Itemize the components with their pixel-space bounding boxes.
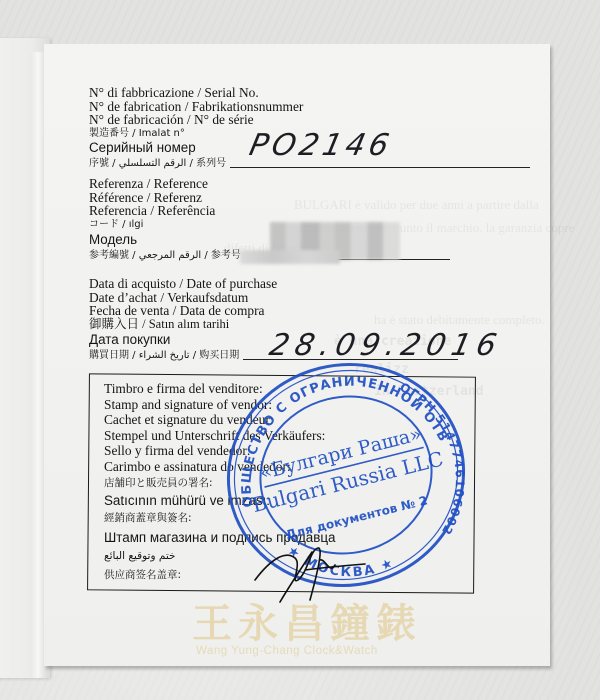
- serial-label: N° di fabbricazione / Serial No.: [89, 86, 530, 100]
- serial-number-value: PO2146: [246, 128, 396, 163]
- reference-label: Référence / Referenz: [89, 191, 450, 205]
- redacted-reference-value: [240, 250, 340, 264]
- vendor-label: 經銷商蓋章與簽名:: [104, 509, 336, 528]
- date-label: Date d’achat / Verkaufsdatum: [89, 291, 458, 305]
- watermark-english: Wang Yung-Chang Clock&Watch: [196, 645, 378, 657]
- reference-label: Referencia / Referência: [89, 204, 450, 218]
- serial-label: 序號 / الرقم التسلسلي / 系列号: [89, 157, 226, 171]
- serial-label: N° de fabricación / N° de série: [89, 113, 530, 127]
- purchase-date-value: 28.09.2016: [266, 328, 505, 363]
- vendor-label: Stempel und Unterschrift des Verkäufers:: [104, 428, 336, 444]
- vendor-label: Sello y firma del vendedor:: [104, 443, 336, 459]
- serial-underline: [230, 167, 530, 168]
- vendor-label: 店舗印と販売員の署名:: [104, 474, 336, 493]
- date-label: Data di acquisto / Date of purchase: [89, 277, 458, 291]
- vendor-label: Stamp and signature of vendor:: [104, 397, 336, 413]
- reference-label: Referenza / Reference: [89, 177, 450, 191]
- watermark-chinese: 王永昌鐘錶: [192, 592, 422, 649]
- vendor-label: Timbro e firma del venditore:: [104, 381, 336, 397]
- vendor-label: Cachet et signature du vendeur:: [104, 412, 336, 428]
- date-label: Fecha de venta / Data de compra: [89, 304, 458, 318]
- vendor-label: Satıcının mühürü ve imzası:: [104, 493, 336, 509]
- vendor-label: Carimbo e assinatura do vendedor:: [104, 459, 336, 475]
- date-label: 購買日期 / تاريخ الشراء / 购买日期: [89, 349, 239, 363]
- reference-label: 参考編號 / الرقم المرجعي / 参考号: [89, 249, 241, 263]
- serial-label: N° de fabrication / Fabrikationsnummer: [89, 100, 530, 114]
